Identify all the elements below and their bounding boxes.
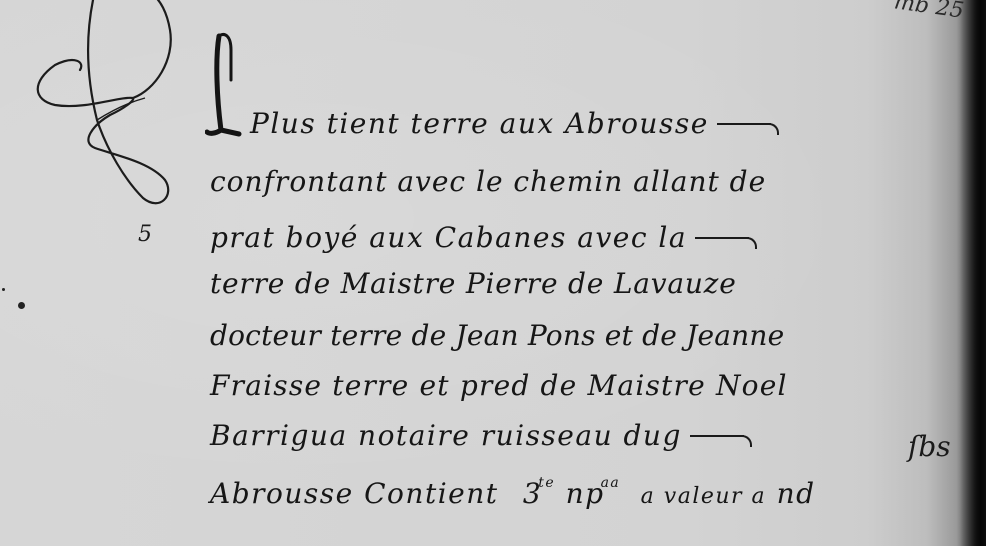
text-line-6: Fraisse terre et pred de Maistre Noel <box>210 372 788 400</box>
text-line-8: Abrousse Contient 3te npaa a valeur a nd <box>210 476 816 508</box>
line-filler-icon <box>717 123 771 125</box>
margin-number: 5 <box>138 222 152 247</box>
margin-signature: ſbs <box>908 430 951 463</box>
text-line-3: prat boyé aux Cabanes avec la <box>210 224 749 252</box>
line-text: confrontant avec le chemin allant de <box>210 165 766 198</box>
line-text: Fraisse terre et pred de Maistre Noel <box>210 369 788 402</box>
text-line-1: Plus tient terre aux Abrousse <box>250 110 771 138</box>
line-text: terre de Maistre Pierre de Lavauze <box>210 267 737 300</box>
text-line-4: terre de Maistre Pierre de Lavauze <box>210 270 737 298</box>
corner-annotation: mb 25 <box>893 0 966 24</box>
manuscript-page: mb 25 5 Plus tient terre aux Abrousse co… <box>0 0 986 546</box>
measure-value-2: n <box>566 477 586 510</box>
text-line-2: confrontant avec le chemin allant de <box>210 168 766 196</box>
line-text: Barrigua notaire ruisseau dug <box>210 419 682 452</box>
ink-speck <box>18 302 25 309</box>
initial-letter-icon <box>205 30 245 140</box>
valuation-amount: nd <box>777 477 816 510</box>
text-line-7: Barrigua notaire ruisseau dug <box>210 422 744 450</box>
text-line-5: docteur terre de Jean Pons et de Jeanne <box>210 322 784 350</box>
line-filler-icon <box>690 435 744 437</box>
ink-speck <box>2 288 5 291</box>
measure-superscript-2: aa <box>601 475 621 491</box>
page-binding-shadow <box>960 0 986 546</box>
line-text: Plus tient terre aux Abrousse <box>250 107 709 140</box>
line-text: prat boyé aux Cabanes avec la <box>210 221 687 254</box>
measure-superscript-1: te <box>538 475 555 491</box>
valuation-text: a valeur a <box>641 484 767 509</box>
line-text: docteur terre de Jean Pons et de Jeanne <box>210 319 784 352</box>
monogram-flourish-icon <box>25 0 185 210</box>
line-filler-icon <box>695 237 749 239</box>
line-text: Abrousse Contient <box>210 477 499 510</box>
